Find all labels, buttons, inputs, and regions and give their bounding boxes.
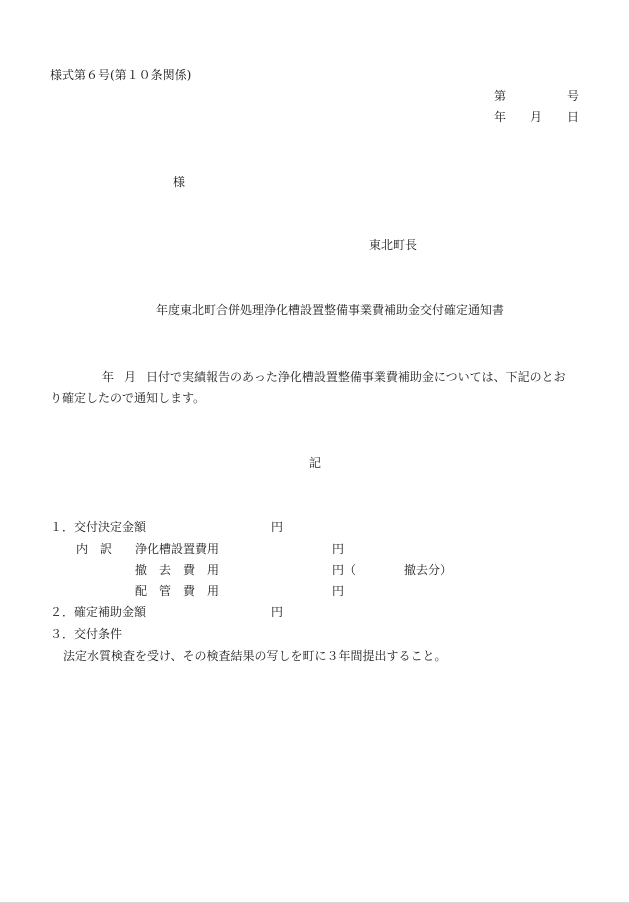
ki-heading: 記 bbox=[309, 456, 321, 470]
body-line1: 日付で実績報告のあった浄化槽設置整備事業費補助金については、下記のとお bbox=[146, 370, 566, 384]
breakdown-label-uchi: 内 bbox=[76, 542, 88, 556]
body-month: 月 bbox=[124, 370, 136, 384]
ref-number-dai: 第 bbox=[494, 89, 506, 103]
item2-unit: 円 bbox=[271, 605, 283, 619]
body-line2: り確定したので通知します。 bbox=[50, 391, 205, 405]
item1-number: １． bbox=[50, 520, 74, 534]
breakdown-row-note: 撤去分） bbox=[404, 563, 452, 577]
breakdown-row-unit: 円 bbox=[332, 542, 344, 556]
body-year: 年 bbox=[102, 370, 114, 384]
breakdown-label-wake: 訳 bbox=[100, 542, 112, 556]
item1-unit: 円 bbox=[271, 520, 283, 534]
page-border bbox=[0, 0, 630, 903]
item2-number: ２． bbox=[50, 605, 74, 619]
item3-number: ３． bbox=[50, 627, 74, 641]
breakdown-row-unit: 円 bbox=[332, 584, 344, 598]
item3-label: 交付条件 bbox=[74, 627, 122, 641]
issuer: 東北町長 bbox=[369, 238, 417, 252]
item2-label: 確定補助金額 bbox=[74, 605, 146, 619]
document-title: 年度東北町合併処理浄化槽設置整備事業費補助金交付確定通知書 bbox=[156, 303, 504, 317]
breakdown-row-label: 浄化槽設置費用 bbox=[135, 542, 219, 556]
breakdown-row-label: 配 管 費 用 bbox=[135, 584, 219, 598]
form-number: 様式第６号(第１０条関係) bbox=[50, 68, 191, 82]
breakdown-row-unit: 円（ bbox=[332, 563, 356, 577]
breakdown-row-label: 撤 去 費 用 bbox=[135, 563, 219, 577]
ref-number-go: 号 bbox=[567, 89, 579, 103]
date-month: 月 bbox=[530, 110, 542, 124]
item1-label: 交付決定金額 bbox=[74, 520, 146, 534]
date-day: 日 bbox=[567, 110, 579, 124]
item3-text: 法定水質検査を受け、その検査結果の写しを町に３年間提出すること。 bbox=[63, 649, 447, 663]
addressee-suffix: 様 bbox=[173, 175, 185, 189]
date-year: 年 bbox=[494, 110, 506, 124]
